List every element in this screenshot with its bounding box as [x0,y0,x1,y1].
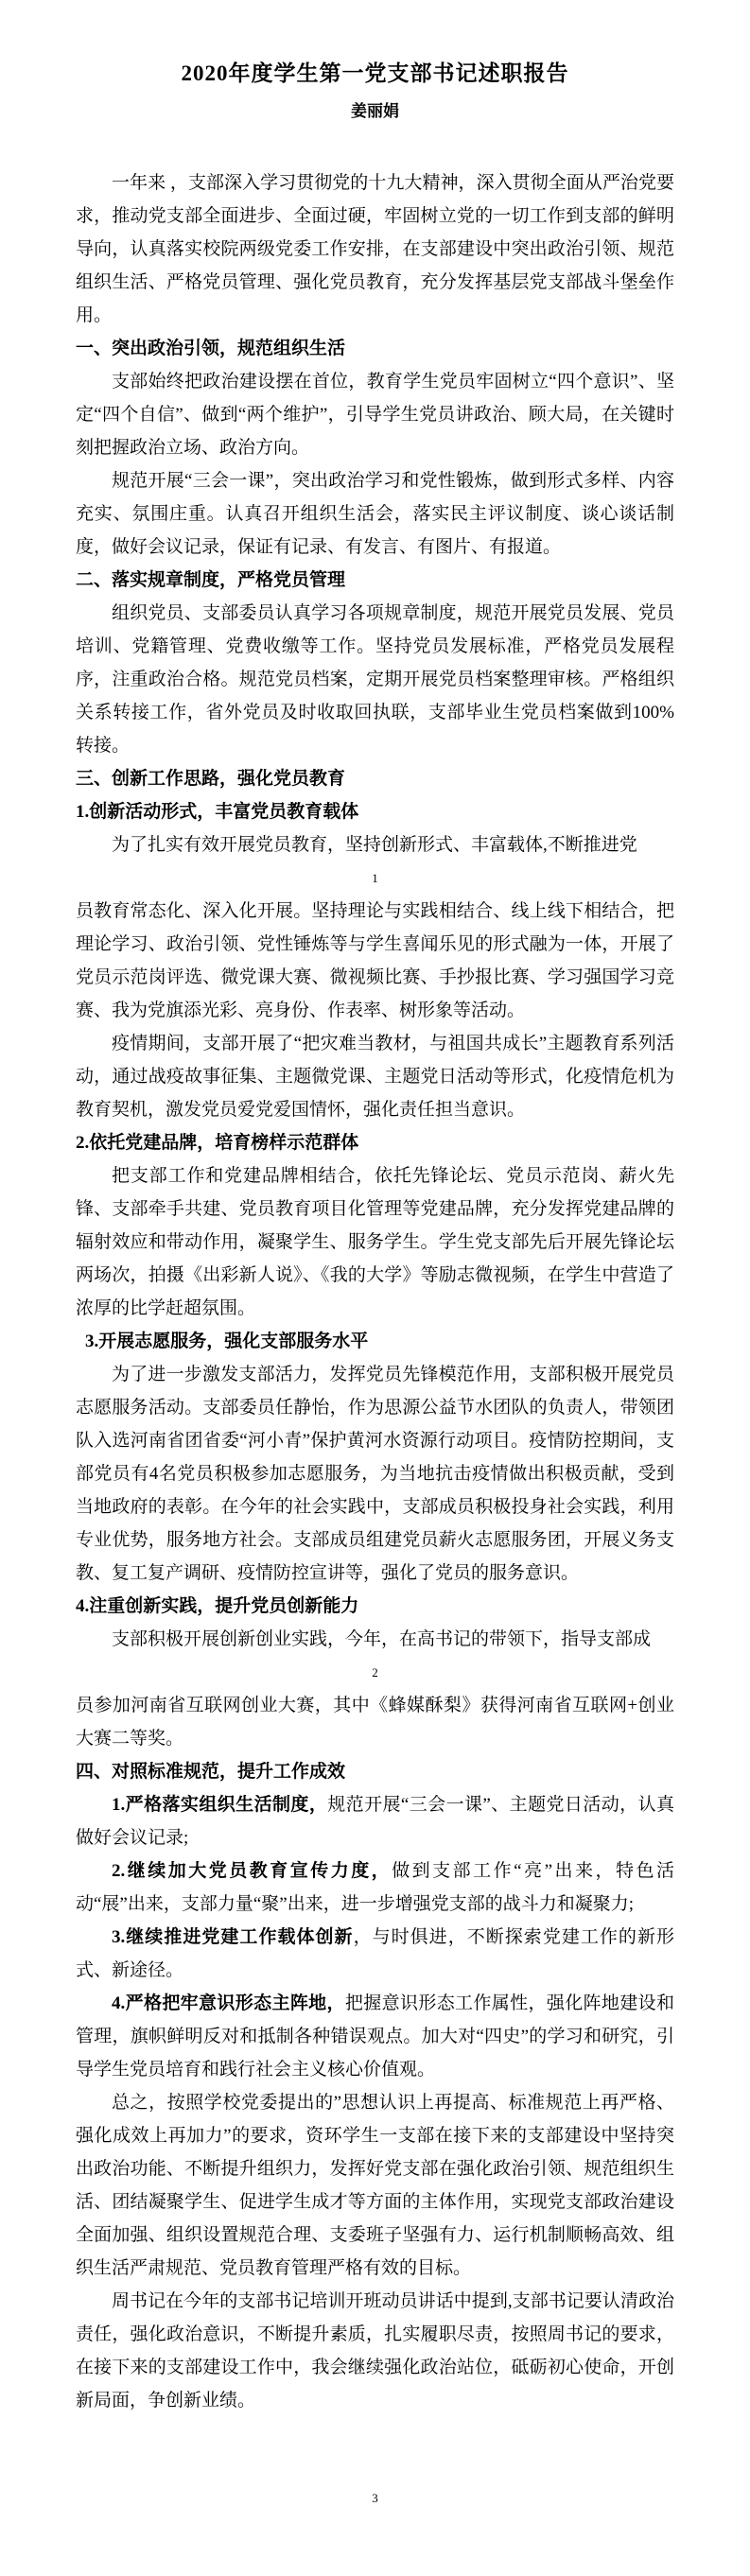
list-item-4: 4.严格把牢意识形态主阵地，把握意识形态工作属性，强化阵地建设和管理，旗帜鲜明反… [76,1987,674,2086]
list-item-lead: 3.继续推进党建工作载体创新 [112,1927,354,1947]
sub-heading-3-1: 1.创新活动形式，丰富党员教育载体 [76,795,674,828]
paragraph: 为了扎实有效开展党员教育，坚持创新形式、丰富载体,不断推进党 [76,828,674,862]
section-heading-4: 四、对照标准规范，提升工作成效 [76,1755,674,1788]
paragraph-summary: 总之，按照学校党委提出的”思想认识上再提高、标准规范上再严格、强化成效上再加力”… [76,2086,674,2285]
paragraph: 把支部工作和党建品牌相结合，依托先锋论坛、党员示范岗、薪火先锋、支部牵手共建、党… [76,1159,674,1325]
list-item-lead: 2.继续加大党员教育宣传力度， [112,1861,392,1881]
report-author: 姜丽娟 [76,100,674,123]
section-heading-2: 二、落实规章制度，严格党员管理 [76,564,674,597]
paragraph-intro: 一年来 ，支部深入学习贯彻党的十九大精神，深入贯彻全面从严治党要求，推动党支部全… [76,166,674,332]
paragraph-continuation: 员参加河南省互联网创业大赛，其中《蜂媒酥梨》获得河南省互联网+创业大赛二等奖。 [76,1689,674,1755]
paragraph: 为了进一步激发支部活力，发挥党员先锋模范作用，支部积极开展党员志愿服务活动。支部… [76,1358,674,1590]
section-heading-1: 一、突出政治引领，规范组织生活 [76,332,674,365]
paragraph-continuation: 员教育常态化、深入化开展。坚持理论与实践相结合、线上线下相结合，把理论学习、政治… [76,895,674,1027]
page-number-2: 2 [76,1656,674,1689]
list-item-lead: 4.严格把牢意识形态主阵地， [112,1993,345,2013]
paragraph-closing: 周书记在今年的支部书记培训开班动员讲话中提到,支部书记要认清政治责任，强化政治意… [76,2285,674,2417]
document-page: 2020年度学生第一党支部书记述职报告 姜丽娟 一年来 ，支部深入学习贯彻党的十… [0,0,750,2576]
sub-heading-3-3: 3.开展志愿服务，强化支部服务水平 [76,1325,674,1358]
list-item-1: 1.严格落实组织生活制度，规范开展“三会一课”、主题党日活动，认真做好会议记录; [76,1788,674,1854]
report-title: 2020年度学生第一党支部书记述职报告 [76,59,674,89]
list-item-3: 3.继续推进党建工作载体创新，与时俱进，不断探索党建工作的新形式、新途径。 [76,1921,674,1987]
list-item-lead: 1.严格落实组织生活制度， [112,1795,327,1815]
sub-heading-3-4: 4.注重创新实践，提升党员创新能力 [76,1590,674,1623]
sub-heading-3-2: 2.依托党建品牌，培育榜样示范群体 [76,1126,674,1159]
report-body: 一年来 ，支部深入学习贯彻党的十九大精神，深入贯彻全面从严治党要求，推动党支部全… [76,166,674,2515]
page-number-1: 1 [76,862,674,895]
section-heading-3: 三、创新工作思路，强化党员教育 [76,762,674,795]
paragraph: 支部积极开展创新创业实践，今年，在高书记的带领下，指导支部成 [76,1623,674,1656]
paragraph: 组织党员、支部委员认真学习各项规章制度，规范开展党员发展、党员培训、党籍管理、党… [76,597,674,762]
list-item-2: 2.继续加大党员教育宣传力度，做到支部工作“亮”出来，特色活动“展”出来，支部力… [76,1854,674,1921]
paragraph: 规范开展“三会一课”，突出政治学习和党性锻炼，做到形式多样、内容充实、氛围庄重。… [76,464,674,564]
page-number-3: 3 [76,2481,674,2515]
paragraph: 支部始终把政治建设摆在首位，教育学生党员牢固树立“四个意识”、坚定“四个自信”、… [76,365,674,464]
paragraph: 疫情期间，支部开展了“把灾难当教材，与祖国共成长”主题教育系列活动，通过战疫故事… [76,1027,674,1126]
